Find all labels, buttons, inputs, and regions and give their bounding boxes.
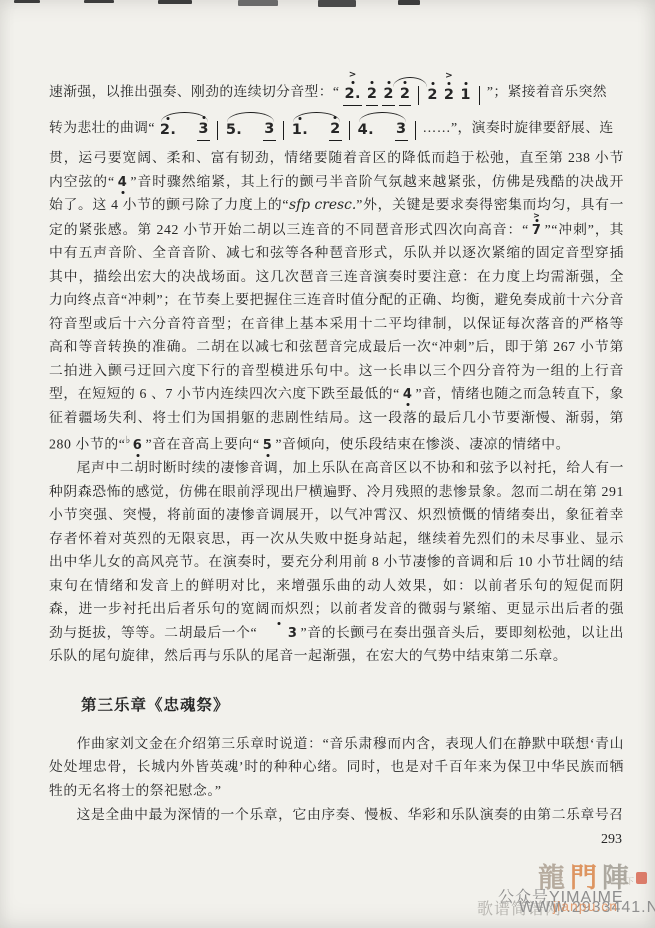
flat-sign: ♭ (125, 435, 130, 446)
bar-line (283, 121, 284, 140)
body-text: 作曲家刘文金在介绍第三乐章时说道：“音乐肃穆而内含，表现人们在静默中联想‘青山处… (49, 736, 624, 798)
body-text: ”音在音高上要向“ (145, 437, 259, 452)
jianpu-note: 1. (291, 115, 309, 141)
jianpu-note: 3 (263, 114, 276, 141)
watermark-domain: jianpu.cn (553, 898, 618, 914)
jianpu-note-low-4: 4 (402, 388, 414, 401)
scan-artifact-dash (84, 0, 114, 3)
body-text: ”，演奏时旋律要舒展、连 (451, 110, 614, 146)
jianpu-note: 2. (159, 115, 177, 141)
slurred-pair: 2. 3 (157, 114, 212, 141)
jianpu-note-high-3: 3 (259, 627, 298, 640)
jianpu-note-high-7: 7 (531, 224, 543, 237)
dynamics-marking: sfp cresc. (289, 197, 356, 213)
paragraph-2: 尾声中二胡时断时续的凄惨音调，加上乐队在高音区以不协和和弦予以衬托，给人有一种阴… (49, 456, 624, 668)
jianpu-note: 2. (343, 79, 361, 106)
page-body: 速渐强，以推出强奏、刚劲的连续切分音型：“ 2. 2 2 2 2 2 1 ”；紧… (49, 74, 624, 848)
jianpu-note: 2 (366, 79, 379, 106)
jianpu-note: 3 (197, 114, 210, 141)
jianpu-note: 1 (459, 80, 472, 106)
body-text: ”“冲刺”，其中有五声音阶、全音音阶、减七和弦等各种琶音形式，乐队并以逐次紧缩的… (49, 222, 624, 402)
red-seal-icon (636, 872, 647, 884)
paragraph-4: 这是全曲中最为深情的一个乐章，它由序奏、慢板、华彩和乐队演奏的由第二乐章号召 (49, 803, 624, 827)
jianpu-note: 5. (225, 115, 243, 141)
body-text: ”；紧接着音乐突然 (487, 74, 607, 110)
scan-artifact-dash (398, 0, 420, 5)
body-text: 尾声中二胡时断时续的凄惨音调，加上乐队在高音区以不协和和弦予以衬托，给人有一种阴… (49, 460, 624, 640)
scanned-book-page: 速渐强，以推出强奏、刚劲的连续切分音型：“ 2. 2 2 2 2 2 1 ”；紧… (0, 0, 655, 928)
jianpu-note: 2 (443, 80, 456, 106)
jianpu-note-low-6: 6 (132, 439, 144, 452)
scan-artifact-dash (14, 0, 40, 3)
bar-line (479, 86, 480, 105)
slurred-pair: 5. 3 (223, 114, 278, 141)
scan-artifact-dash (238, 0, 278, 6)
jianpu-note: 2 (382, 79, 395, 106)
slurred-pair: 1. 2 (289, 114, 344, 141)
body-line-notation-1: 速渐强，以推出强奏、刚劲的连续切分音型：“ 2. 2 2 2 2 2 1 ”；紧… (49, 74, 624, 110)
scan-artifact-dash (158, 0, 192, 4)
paragraph-1: 贯，运弓要宽阔、柔和、富有韧劲，情绪要随着音区的降低而趋于松弛，直至第 238 … (49, 146, 624, 456)
bar-line (349, 121, 350, 140)
body-text: ”音倾向，使乐段结束在惨淡、凄凉的情绪中。 (275, 437, 570, 452)
body-text: 这是全曲中最为深情的一个乐章，它由序奏、慢板、华彩和乐队演奏的由第二乐章号召 (77, 807, 624, 822)
bar-line (415, 121, 416, 140)
jianpu-note: 3 (395, 114, 408, 141)
bar-line (217, 121, 218, 140)
jianpu-note: 2 (399, 79, 412, 106)
jianpu-note-low-4: 4 (117, 176, 129, 189)
body-line-notation-2: 转为悲壮的曲调“ 2. 3 5. 3 1. 2 (49, 110, 624, 146)
body-text: 速渐强，以推出强奏、刚劲的连续切分音型：“ (49, 74, 339, 110)
jianpu-note: 4. (357, 115, 375, 141)
jianpu-notation-syncopation: 2. 2 2 2 2 2 1 (341, 79, 484, 106)
ellipsis: …… (423, 110, 451, 146)
jianpu-note: 2 (329, 114, 342, 141)
page-number: 293 (49, 832, 624, 848)
slurred-pair: 4. 3 (355, 114, 410, 141)
bar-line (418, 86, 419, 105)
jianpu-notation-melody: 2. 3 5. 3 1. 2 4. (157, 114, 421, 141)
jianpu-note: 2 (426, 80, 439, 106)
body-text: 转为悲壮的曲调“ (49, 110, 155, 146)
paragraph-3: 作曲家刘文金在介绍第三乐章时说道：“音乐肃穆而内含，表现人们在静默中联想‘青山处… (49, 732, 624, 803)
section-heading: 第三乐章《忠魂祭》 (81, 693, 624, 715)
jianpu-note-low-5: 5 (262, 439, 274, 452)
scan-artifact-dash (318, 0, 356, 7)
